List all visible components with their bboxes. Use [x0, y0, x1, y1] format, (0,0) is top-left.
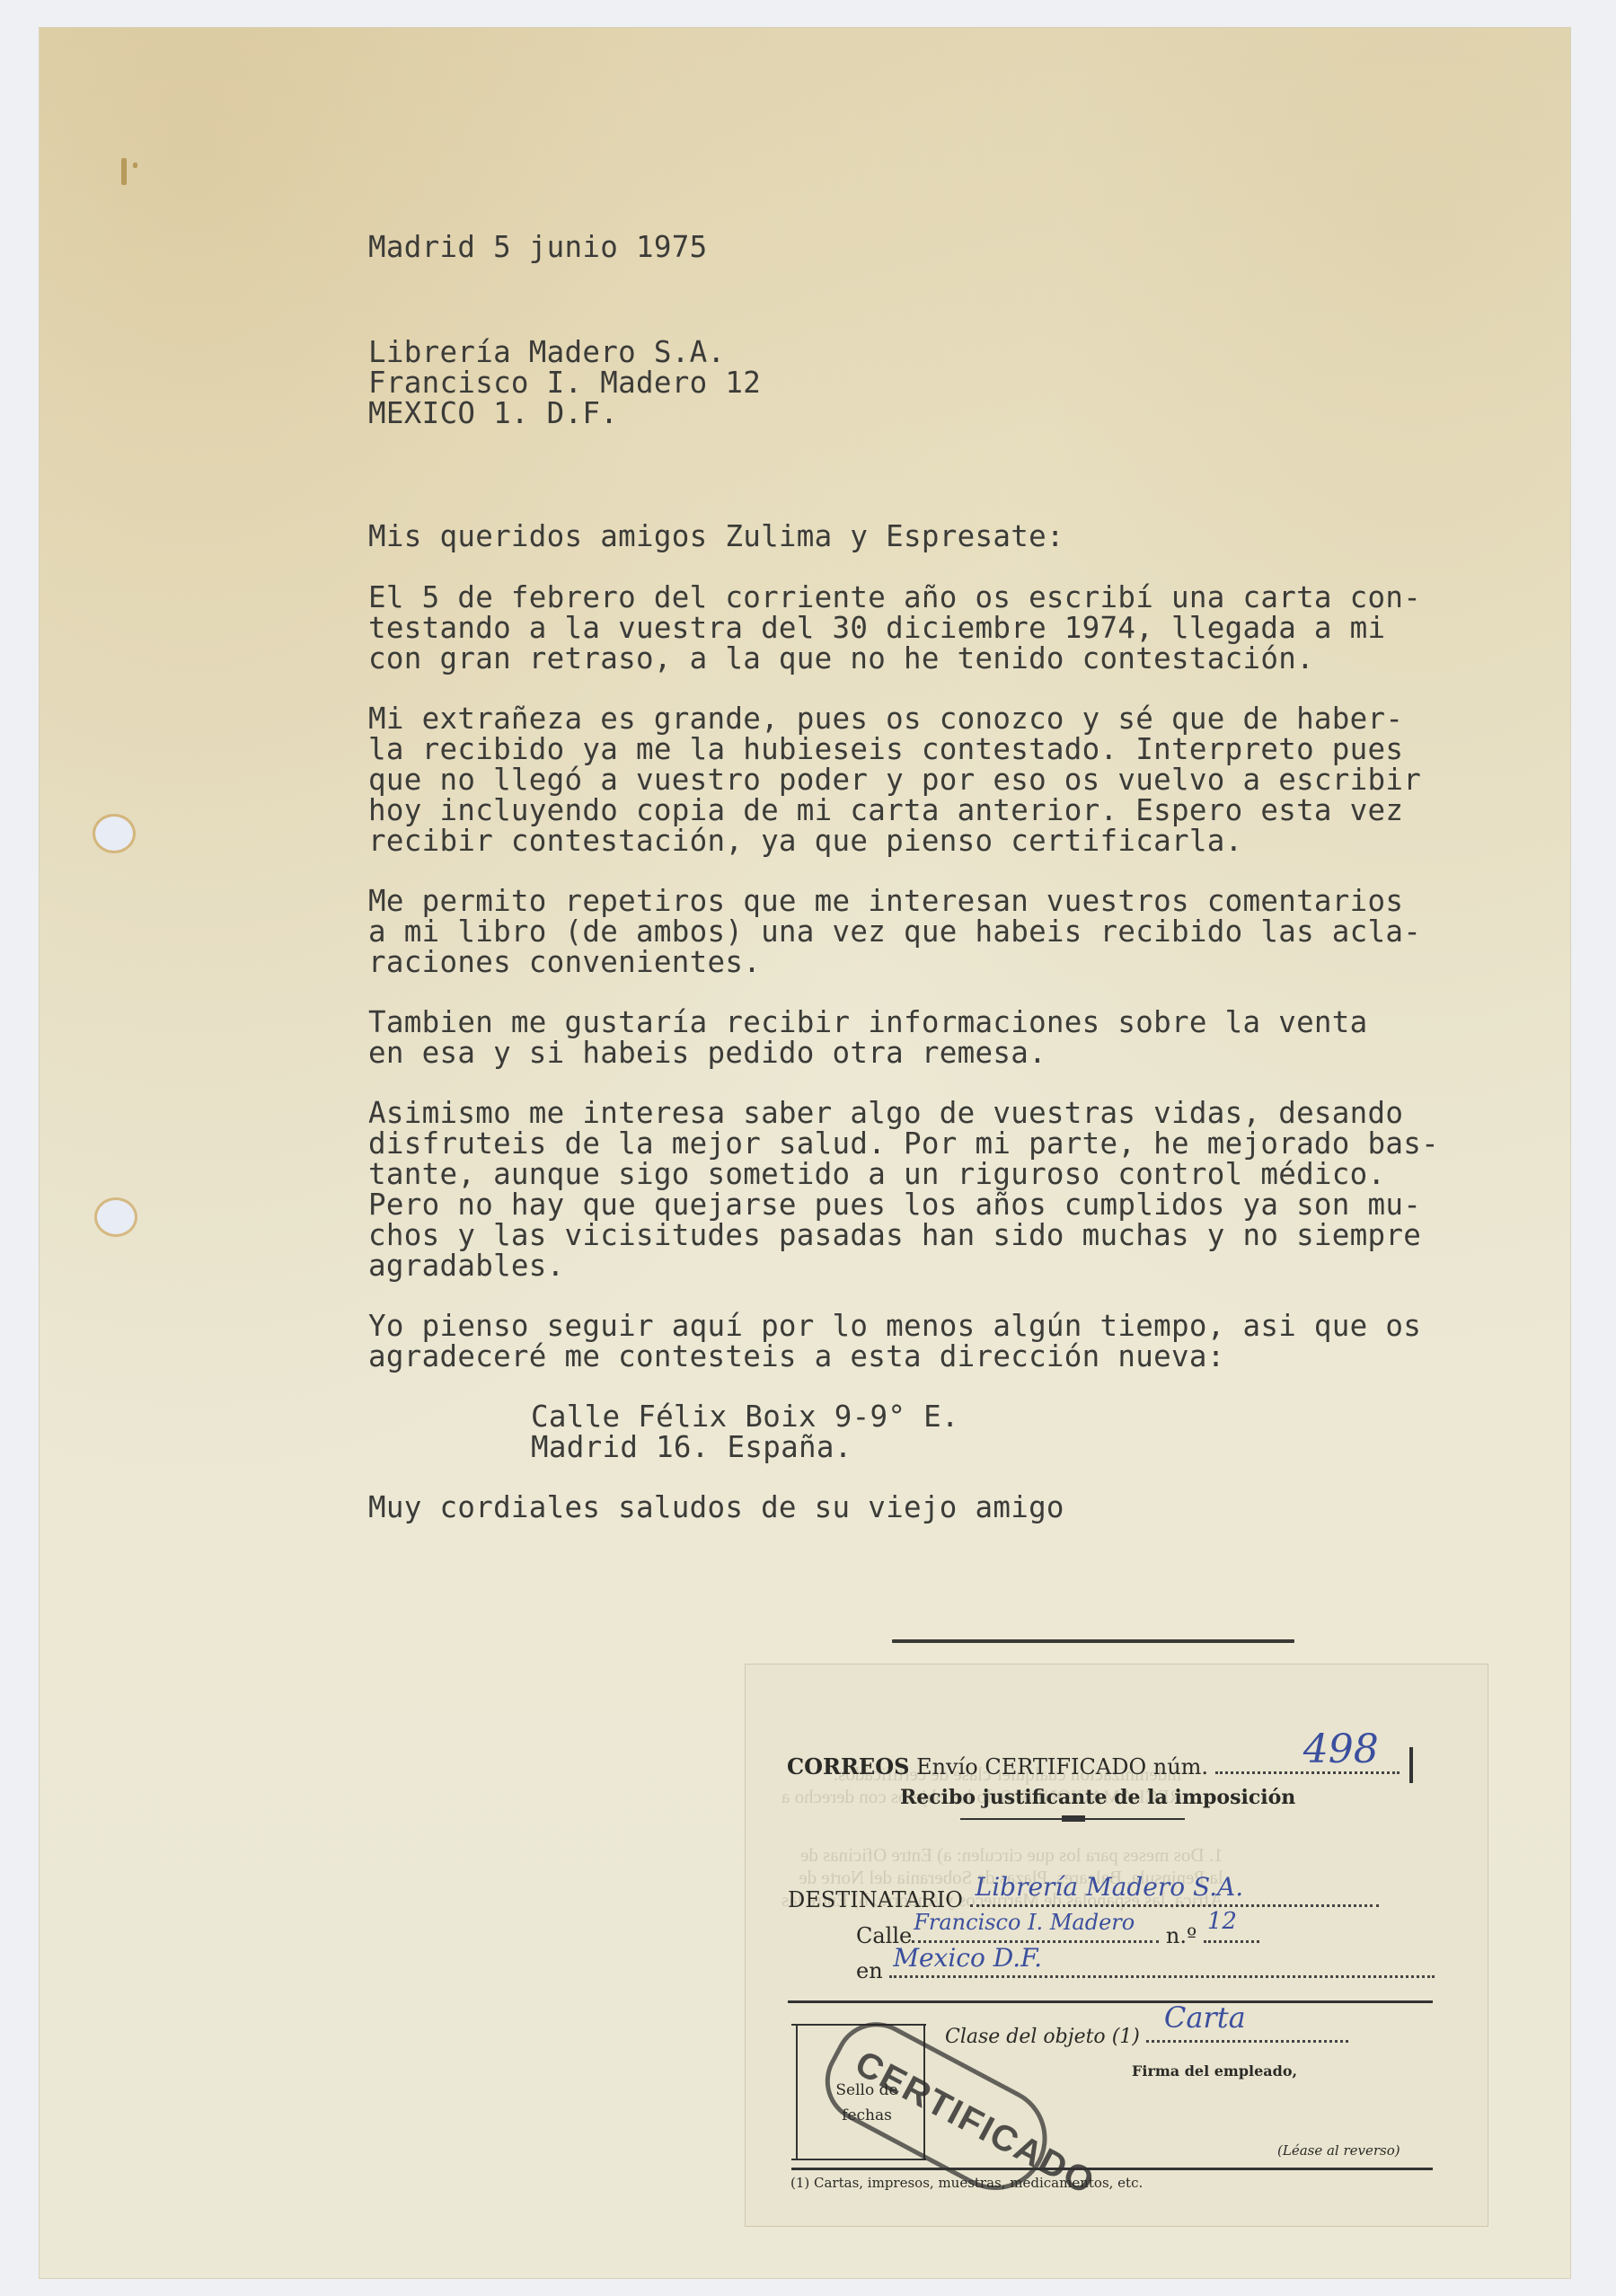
text-line: Yo pienso seguir aquí por lo menos algún… [368, 1311, 1421, 1341]
certificado-number: 498 [1303, 1726, 1379, 1772]
text-line: en esa y si habeis pedido otra remesa. [368, 1038, 1046, 1068]
text-line: recibir contestación, ya que pienso cert… [368, 826, 1242, 856]
address-line: Madrid 16. España. [531, 1432, 852, 1462]
text-line: hoy incluyendo copia de mi carta anterio… [368, 795, 1403, 826]
ornament-rule-center [1062, 1815, 1085, 1822]
clase-value: Carta [1164, 2000, 1246, 2035]
recipient-line: MEXICO 1. D.F. [368, 398, 618, 428]
destinatario-value: Librería Madero S.A. [976, 1872, 1244, 1902]
text-line: Mi extrañeza es grande, pues os conozco … [368, 703, 1403, 734]
stain-mark [133, 163, 137, 168]
destinatario-row: DESTINATARIO Librería Madero S.A. [788, 1887, 1379, 1912]
text-line: Asimismo me interesa saber algo de vuest… [368, 1098, 1403, 1128]
text-line: chos y las vicisitudes pasadas han sido … [368, 1220, 1421, 1250]
reverse-note: (Léase al reverso) [1277, 2142, 1400, 2159]
certificado-label: Envío CERTIFICADO núm. [916, 1754, 1208, 1779]
letter-page: Madrid 5 junio 1975 Librería Madero S.A.… [40, 28, 1570, 2278]
text-line: que no llegó a vuestro poder y por eso o… [368, 764, 1421, 795]
recipient-line: Librería Madero S.A. [368, 337, 725, 367]
clase-row: Clase del objeto (1) Carta [945, 2026, 1348, 2048]
footnote-rule [791, 2168, 1433, 2170]
numero-value: 12 [1207, 1908, 1237, 1935]
clase-ref: (1) [1112, 2026, 1140, 2048]
firma-label: Firma del empleado, [1132, 2062, 1297, 2080]
correos-label: CORREOS [787, 1753, 909, 1779]
closing: Muy cordiales saludos de su viejo amigo [368, 1492, 1064, 1523]
en-label: en [856, 1958, 883, 1983]
text-line: testando a la vuestra del 30 diciembre 1… [368, 613, 1385, 643]
punch-hole-bottom [97, 1200, 135, 1234]
letter-date: Madrid 5 junio 1975 [368, 232, 707, 262]
footnote: (1) Cartas, impresos, muestras, medicame… [790, 2175, 1143, 2191]
punch-hole-top [95, 817, 133, 851]
receipt-header: CORREOS Envío CERTIFICADO núm. 498 [787, 1747, 1413, 1783]
text-line: tante, aunque sigo sometido a un riguros… [368, 1159, 1385, 1189]
text-line: Me permito repetiros que me interesan vu… [368, 886, 1403, 916]
text-line: con gran retraso, a la que no he tenido … [368, 643, 1314, 674]
text-line: agradeceré me contesteis a esta direcció… [368, 1341, 1225, 1372]
text-line: agradables. [368, 1250, 565, 1281]
section-rule [788, 2000, 1433, 2003]
signature-line [892, 1639, 1294, 1643]
address-line: Calle Félix Boix 9-9° E. [531, 1401, 959, 1432]
clase-label: Clase del objeto [945, 2026, 1106, 2048]
stain-mark [121, 158, 127, 185]
text-line: disfruteis de la mejor salud. Por mi par… [368, 1128, 1439, 1159]
text-line: Pero no hay que quejarse pues los años c… [368, 1189, 1421, 1220]
text-line: El 5 de febrero del corriente año os esc… [368, 582, 1421, 613]
stamp-box-bottom-rule [791, 2159, 926, 2160]
text-line: Tambien me gustaría recibir informacione… [368, 1007, 1368, 1038]
text-line: la recibido ya me la hubieseis contestad… [368, 734, 1403, 764]
bracket-mark [1409, 1747, 1413, 1783]
text-line: raciones convenientes. [368, 947, 761, 977]
en-row: en Mexico D.F. [856, 1958, 1435, 1983]
calle-value: Francisco I. Madero [914, 1910, 1135, 1935]
receipt-subtitle: Recibo justificante de la imposición [900, 1786, 1295, 1809]
salutation: Mis queridos amigos Zulima y Espresate: [368, 521, 1064, 552]
destinatario-label: DESTINATARIO [788, 1887, 963, 1912]
text-line: a mi libro (de ambos) una vez que habeis… [368, 916, 1421, 947]
numero-label: n.º [1166, 1923, 1197, 1948]
certified-mail-receipt: indemnizacion cualquier clase de certifi… [746, 1665, 1488, 2226]
recipient-line: Francisco I. Madero 12 [368, 367, 761, 398]
en-value: Mexico D.F. [893, 1943, 1042, 1973]
